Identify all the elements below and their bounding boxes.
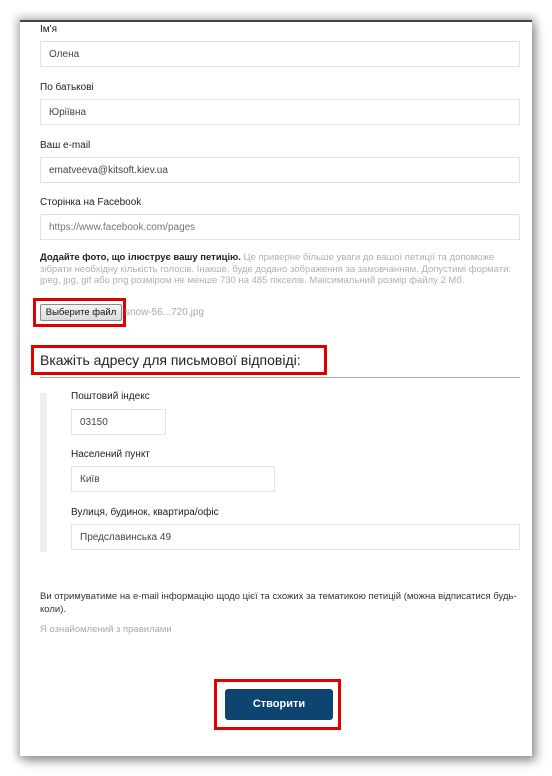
postal-code-input[interactable] <box>71 409 166 435</box>
first-name-label: Ім'я <box>40 24 57 35</box>
postal-code-label: Поштовий індекс <box>71 391 150 402</box>
city-input[interactable] <box>71 466 275 492</box>
facebook-input[interactable] <box>40 214 520 240</box>
patronymic-label: По батькові <box>40 82 94 93</box>
email-label: Ваш e-mail <box>40 140 90 151</box>
photo-instructions: Додайте фото, що ілюструє вашу петицію. … <box>40 252 520 287</box>
city-label: Населений пункт <box>71 449 150 460</box>
photo-title: Додайте фото, що ілюструє вашу петицію. <box>40 252 241 263</box>
petition-form-page: Ім'я По батькові Ваш e-mail Сторінка на … <box>20 20 532 756</box>
patronymic-input[interactable] <box>40 99 520 125</box>
first-name-input[interactable] <box>40 41 520 67</box>
street-label: Вулиця, будинок, квартира/офіс <box>71 507 219 518</box>
address-section-bar <box>40 393 47 552</box>
rules-link[interactable]: Я ознайомлений з правилами <box>40 624 172 635</box>
address-heading: Вкажіть адресу для письмової відповіді: <box>40 352 301 368</box>
selected-file-name: snow-56...720.jpg <box>125 307 204 318</box>
address-heading-divider <box>40 377 520 378</box>
choose-file-button[interactable]: Выберите файл <box>40 304 122 321</box>
facebook-label: Сторінка на Facebook <box>40 197 141 208</box>
email-input[interactable] <box>40 157 520 183</box>
street-input[interactable] <box>71 524 520 550</box>
create-petition-button[interactable]: Створити <box>225 689 333 720</box>
email-notice: Ви отримуватиме на e-mail інформацію щод… <box>40 590 520 616</box>
